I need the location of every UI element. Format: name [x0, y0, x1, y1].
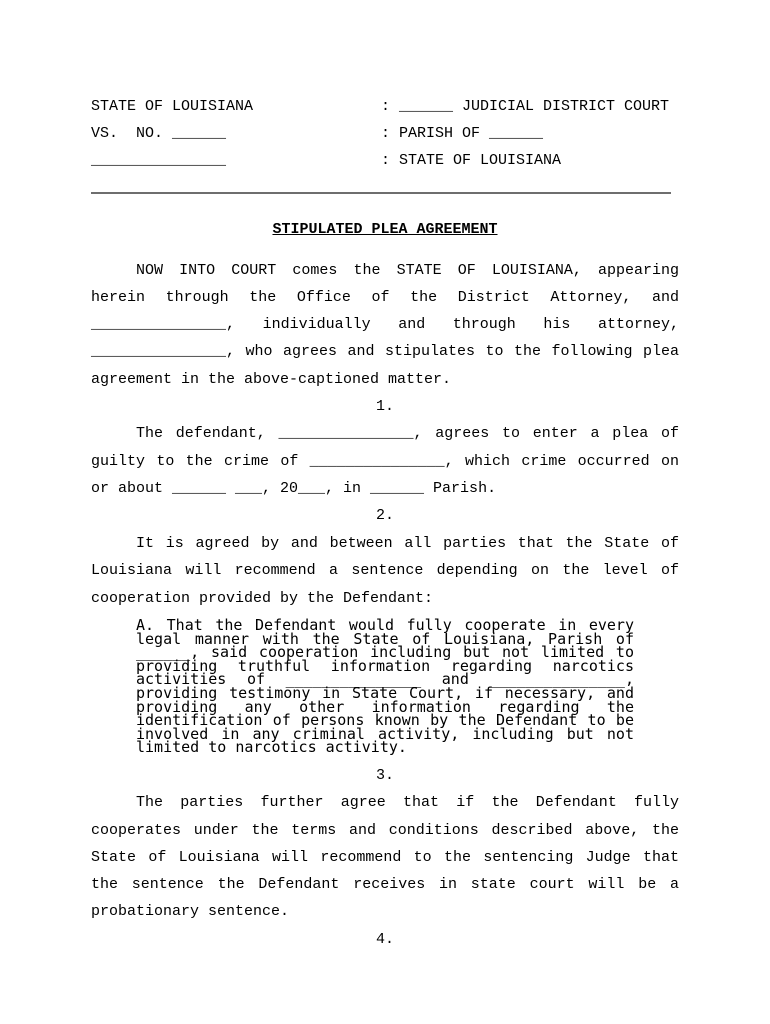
section-number-2: 2. — [91, 507, 679, 525]
section-number-3: 3. — [91, 767, 679, 785]
caption-divider — [91, 192, 671, 194]
intro-line-3: _______________, individually and throug… — [91, 316, 679, 334]
section-1-line-2: guilty to the crime of _______________, … — [91, 453, 679, 471]
section-3-line-2: cooperates under the terms and condition… — [91, 822, 679, 840]
section-3-line-5: probationary sentence. — [91, 903, 679, 921]
section-1-line-1: The defendant, _______________, agrees t… — [136, 425, 679, 443]
section-2-line-2: Louisiana will recommend a sentence depe… — [91, 562, 679, 580]
document-title: STIPULATED PLEA AGREEMENT — [91, 221, 679, 239]
caption-parish: : PARISH OF ______ — [381, 125, 543, 143]
caption-row-1: STATE OF LOUISIANA : ______ JUDICIAL DIS… — [91, 98, 679, 116]
intro-line-2: herein through the Office of the Distric… — [91, 289, 679, 307]
section-2-line-1: It is agreed by and between all parties … — [136, 535, 679, 553]
caption-defendant-blank: _______________ — [91, 152, 226, 170]
caption-case-number: VS. NO. ______ — [91, 125, 226, 143]
section-3-line-1: The parties further agree that if the De… — [136, 794, 679, 812]
section-2-line-3: cooperation provided by the Defendant: — [91, 590, 679, 608]
intro-line-1: NOW INTO COURT comes the STATE OF LOUISI… — [136, 262, 679, 280]
intro-line-5: agreement in the above-captioned matter. — [91, 371, 679, 389]
caption-row-2: VS. NO. ______ : PARISH OF ______ — [91, 125, 679, 143]
section-number-1: 1. — [91, 398, 679, 416]
intro-line-4: _______________, who agrees and stipulat… — [91, 343, 679, 361]
caption-court: : ______ JUDICIAL DISTRICT COURT — [381, 98, 669, 116]
section-number-4: 4. — [91, 931, 679, 949]
section-3-line-3: State of Louisiana will recommend to the… — [91, 849, 679, 867]
section-1-line-3: or about ______ ___, 20___, in ______ Pa… — [91, 480, 679, 498]
caption-state: STATE OF LOUISIANA — [91, 98, 253, 116]
caption-state-right: : STATE OF LOUISIANA — [381, 152, 561, 170]
caption-row-3: _______________ : STATE OF LOUISIANA — [91, 152, 679, 170]
subparagraph-a-line-10: limited to narcotics activity. — [136, 740, 634, 754]
section-3-line-4: the sentence the Defendant receives in s… — [91, 876, 679, 894]
